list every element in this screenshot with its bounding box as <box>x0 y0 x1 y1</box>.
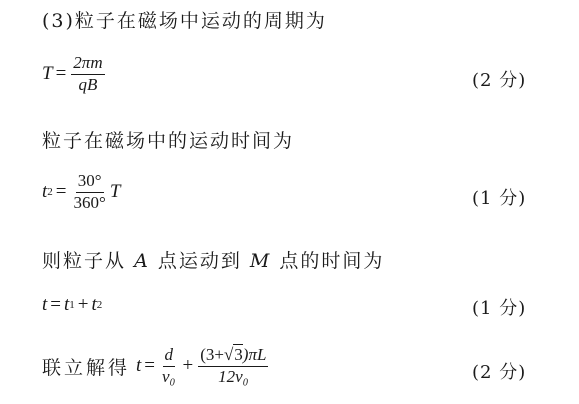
score-3: (1 分) <box>472 294 526 320</box>
formula-t2: t2 = 30° 360° T <box>42 172 120 212</box>
formula-final: 联立解得 t = d v₀ + (3+√3)πL 12v₀ <box>42 346 270 386</box>
fraction-angle: 30° 360° <box>72 172 108 212</box>
fraction-period: 2πm qB <box>71 54 104 94</box>
score-4: (2 分) <box>472 358 526 384</box>
fraction-d-v0: d v₀ <box>160 346 177 386</box>
fraction-sqrt3: (3+√3)πL 12v₀ <box>198 346 268 386</box>
formula-total: t = t1 + t2 <box>42 294 102 316</box>
formula-period: T = 2πm qB <box>42 54 107 94</box>
text-total-heading: 则粒子从 A 点运动到 M 点的时间为 <box>42 246 384 273</box>
score-1: (2 分) <box>472 66 526 92</box>
text-period-heading: (3)粒子在磁场中运动的周期为 <box>42 6 327 33</box>
score-2: (1 分) <box>472 184 526 210</box>
text-time-heading: 粒子在磁场中的运动时间为 <box>42 126 294 153</box>
